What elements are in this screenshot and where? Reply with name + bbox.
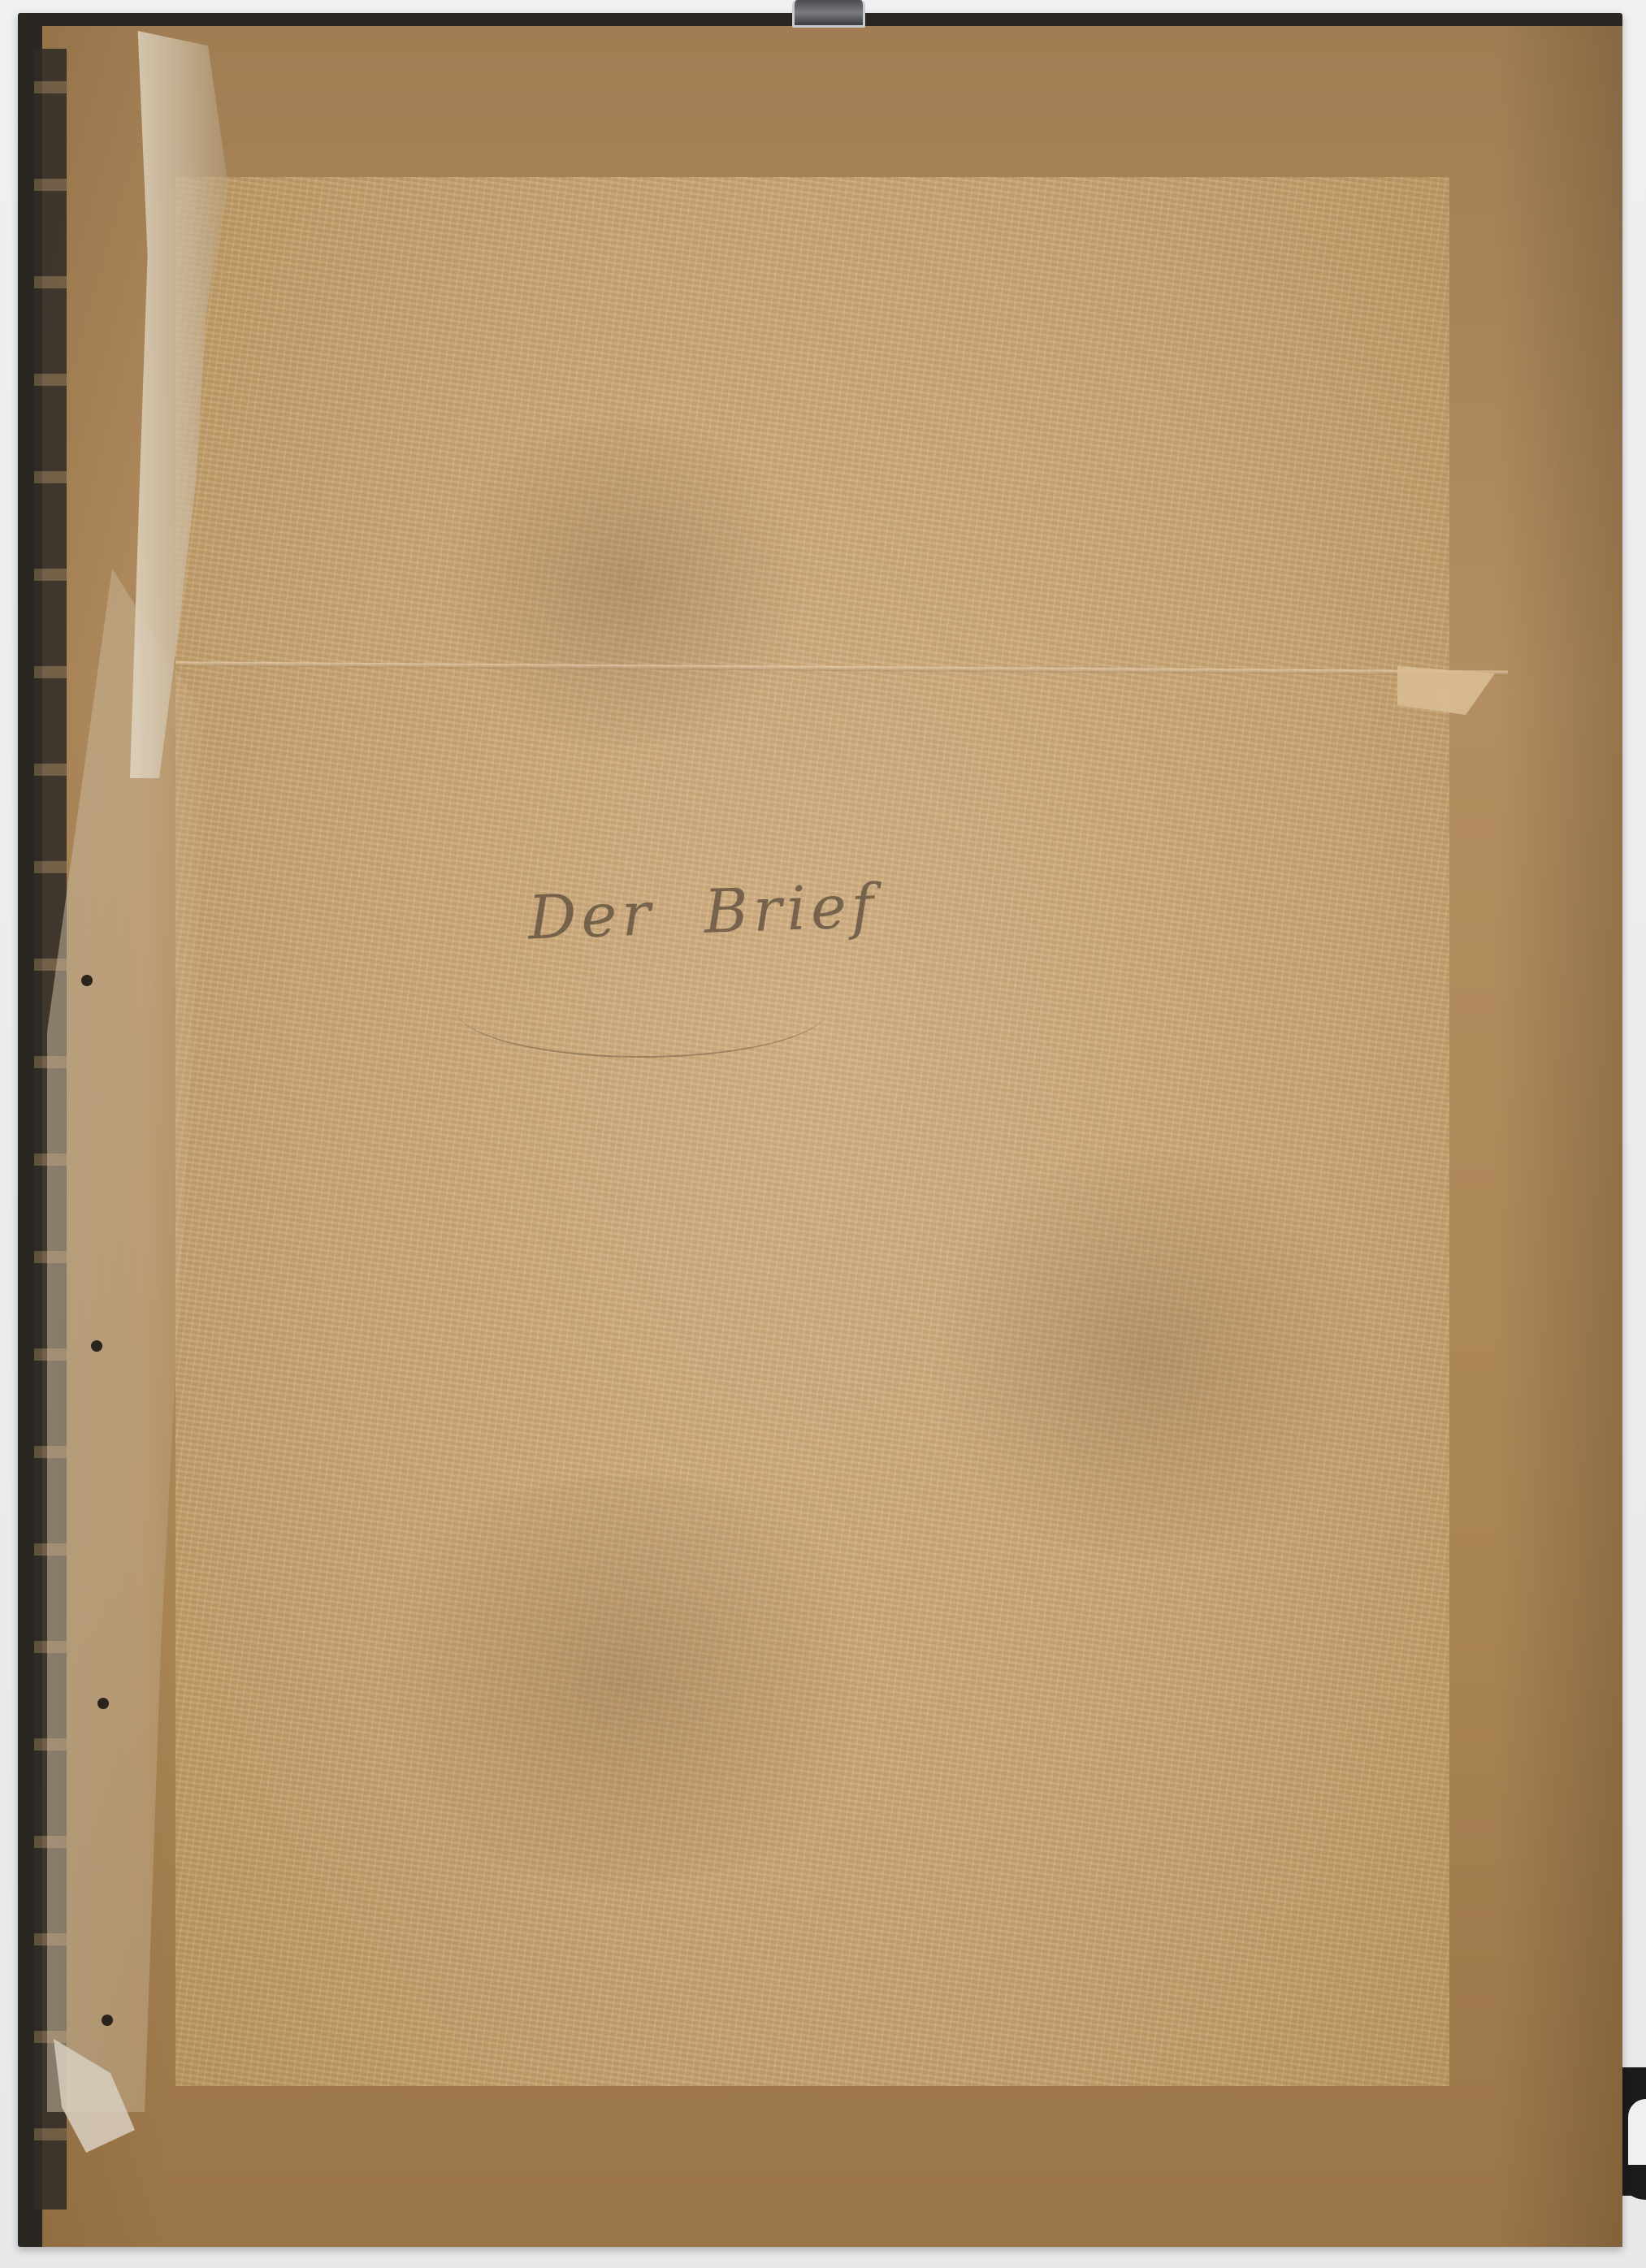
nail-icon: [81, 975, 93, 986]
nail-icon: [91, 1340, 102, 1352]
inscription-word-2: Brief: [703, 872, 879, 947]
photo-scene: DerBrief: [0, 0, 1646, 2268]
frame-hanger: [792, 0, 865, 28]
nail-icon: [97, 1698, 109, 1709]
pencil-arc-mark: [455, 959, 829, 1058]
pencil-inscription: DerBrief: [527, 872, 880, 954]
inscription-word-1: Der: [527, 879, 656, 953]
nail-icon: [102, 2015, 113, 2026]
backing-paper: [175, 177, 1449, 2086]
paper-stain: [338, 1477, 907, 1883]
paper-stain: [907, 1152, 1394, 1558]
paper-stain: [419, 421, 825, 746]
